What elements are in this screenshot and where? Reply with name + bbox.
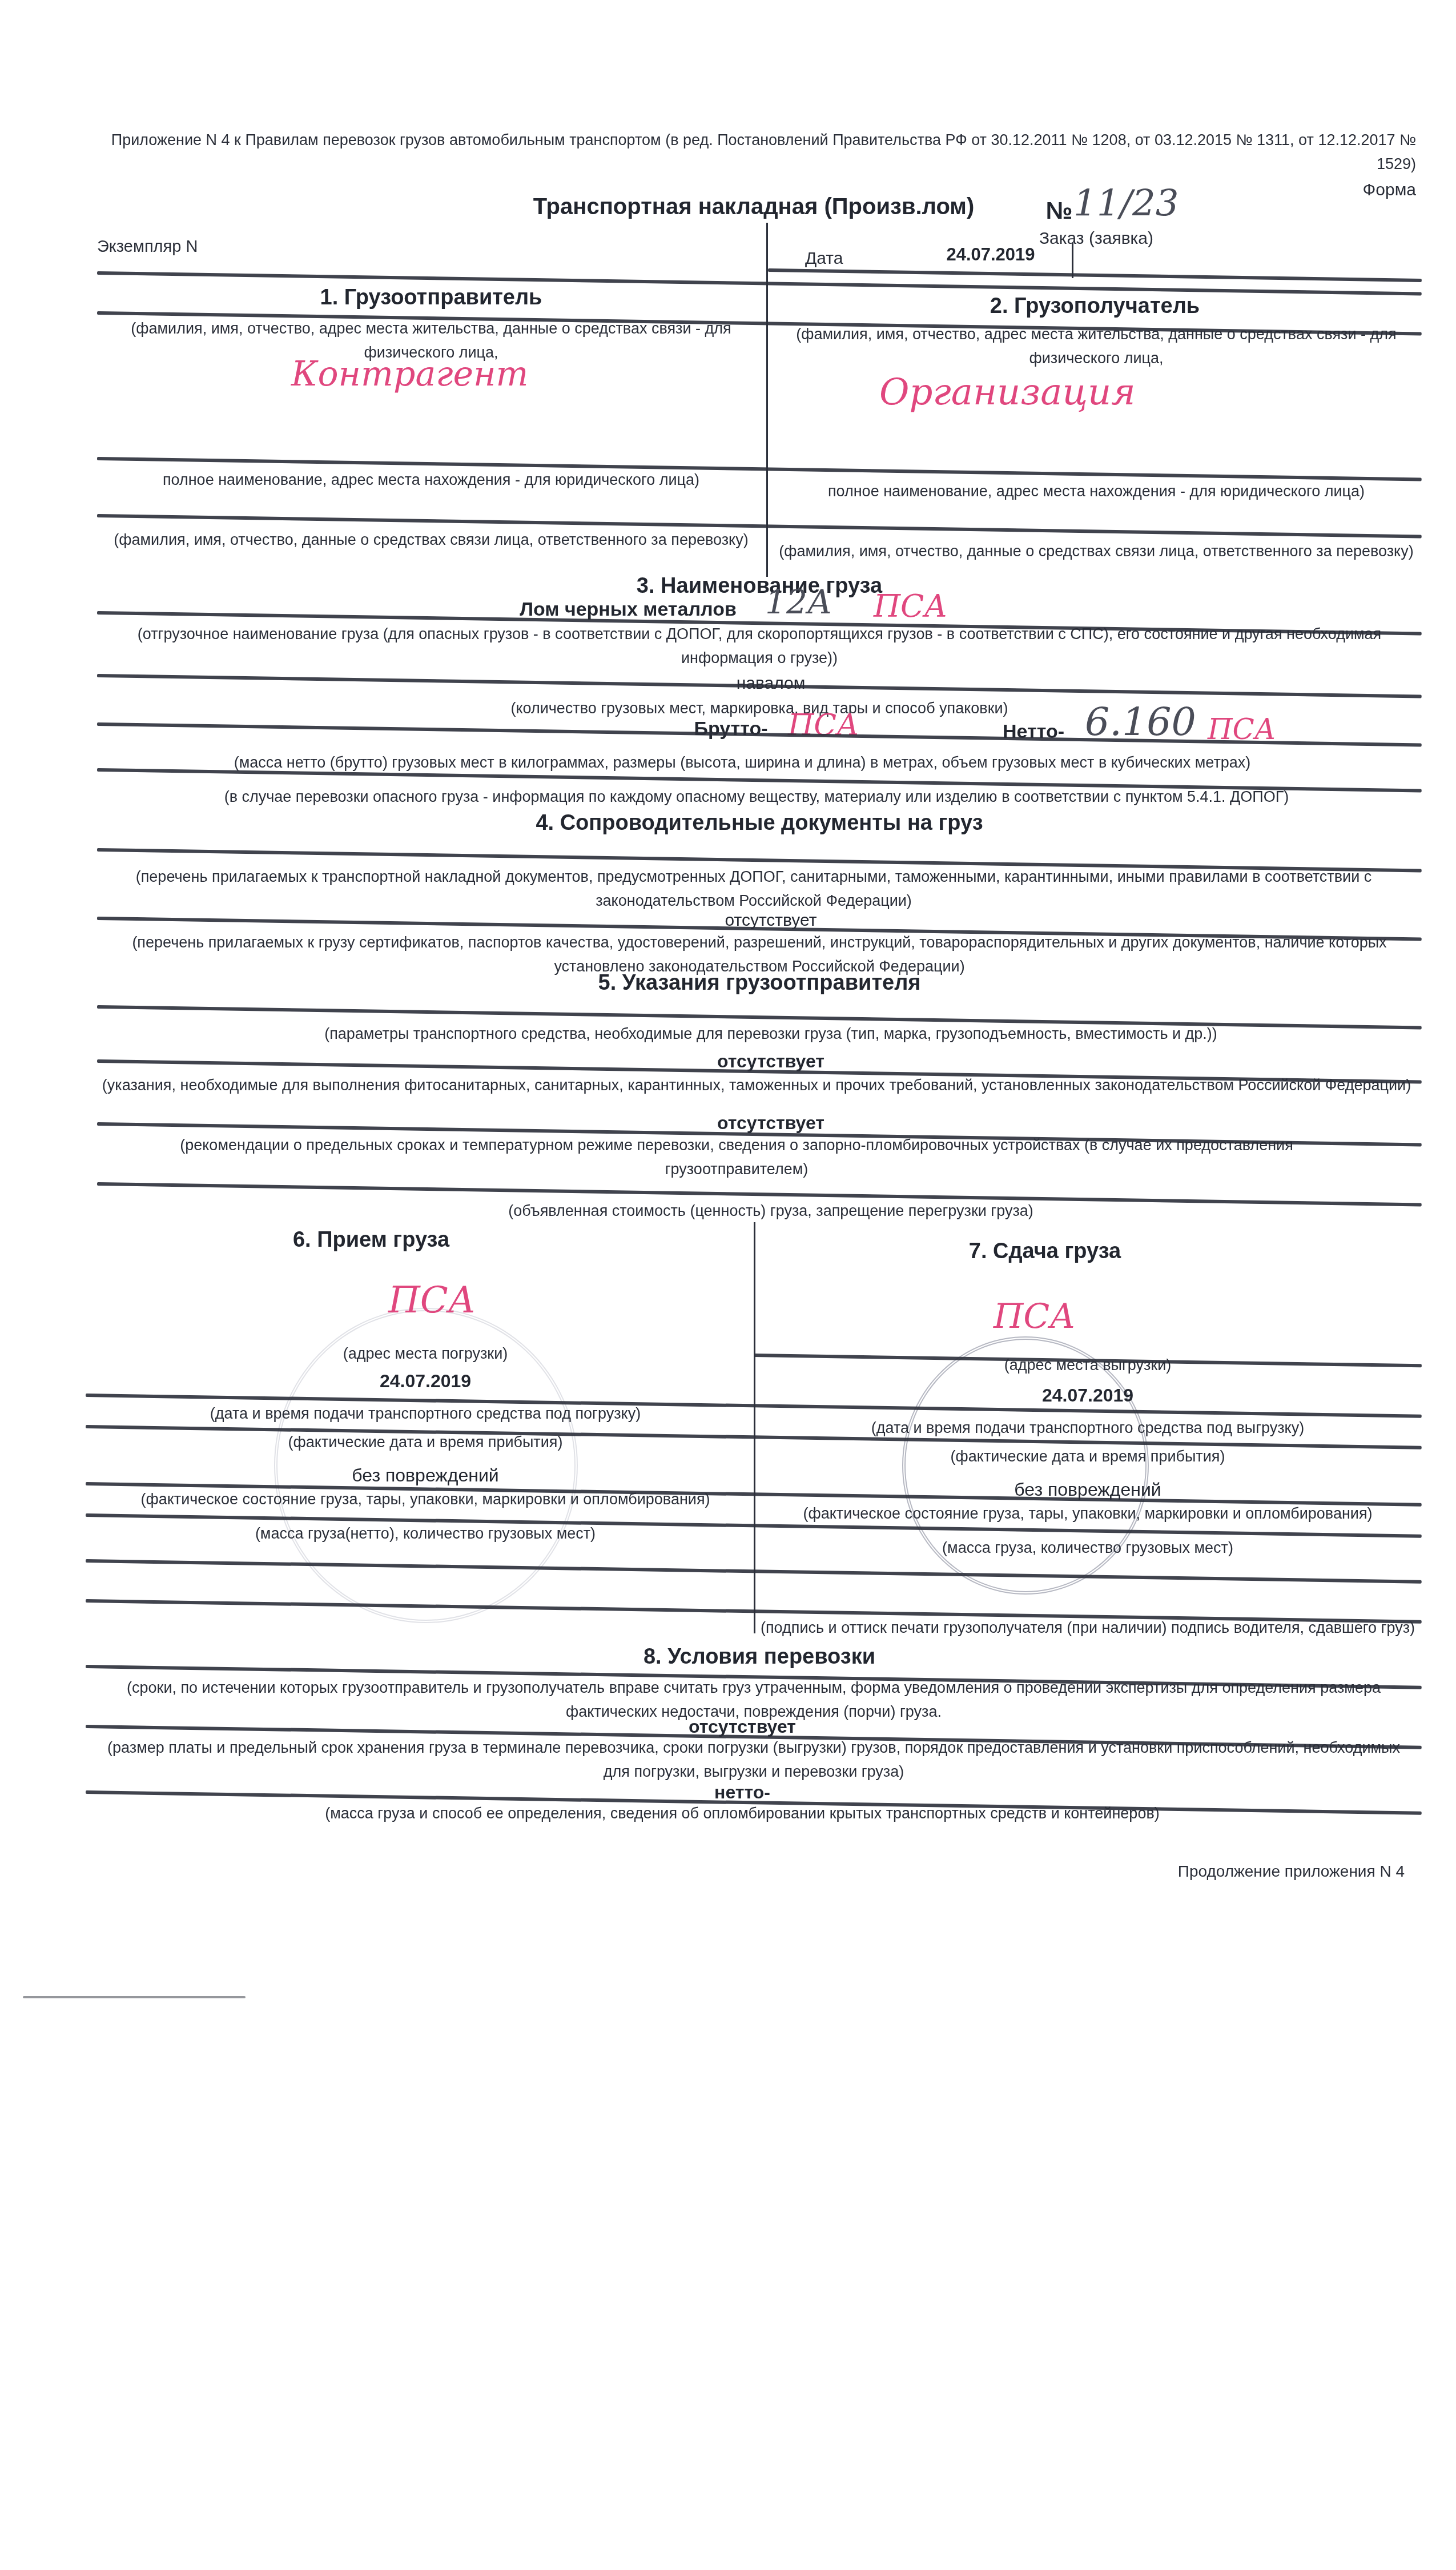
section6-heading: 6. Прием груза xyxy=(228,1228,514,1252)
sanitary-hint: (указания, необходимые для выполнения фи… xyxy=(91,1074,1422,1098)
loading-condition-hint: (фактическое состояние груза, тары, упак… xyxy=(97,1488,754,1512)
loading-address-hint: (адрес места погрузки) xyxy=(97,1342,754,1366)
section2-hint-individual: (фамилия, имя, отчество, адрес места жит… xyxy=(777,323,1416,371)
appendix-note: Приложение N 4 к Правилам перевозок груз… xyxy=(108,128,1416,176)
unloading-address-hint: (адрес места выгрузки) xyxy=(759,1354,1416,1378)
rule xyxy=(768,268,1422,282)
column-divider xyxy=(766,297,768,577)
waybill-page: Приложение N 4 к Правилам перевозок груз… xyxy=(0,0,1456,2570)
cargo-mark-handwritten: ПСА xyxy=(874,588,947,624)
unloading-mass-hint: (масса груза, количество грузовых мест) xyxy=(759,1536,1416,1560)
loading-condition: без повреждений xyxy=(97,1465,754,1486)
date-value: 24.07.2019 xyxy=(925,244,1056,265)
section2-hint-legal: полное наименование, адрес места нахожде… xyxy=(777,480,1416,504)
consignee-handwritten: Организация xyxy=(879,371,1136,413)
section7-heading: 7. Сдача груза xyxy=(902,1239,1188,1264)
section1-heading: 1. Грузоотправитель xyxy=(97,286,765,310)
unloading-address-handwritten: ПСА xyxy=(994,1296,1076,1336)
copy-label: Экземпляр N xyxy=(97,234,268,260)
continuation-note: Продолжение приложения N 4 xyxy=(1085,1859,1405,1884)
cargo-name: Лом черных металлов xyxy=(514,599,742,621)
declared-value-hint: (объявленная стоимость (ценность) груза,… xyxy=(457,1199,1085,1223)
recommendations-value: отсутствует xyxy=(657,1113,885,1134)
cargo-name-hint: (отгрузочное наименование груза (для опа… xyxy=(131,623,1387,670)
loading-address-handwritten: ПСА xyxy=(388,1279,476,1322)
form-label: Форма xyxy=(1313,177,1416,204)
section4-heading: 4. Сопроводительные документы на груз xyxy=(97,811,1422,836)
unloading-date: 24.07.2019 xyxy=(759,1385,1416,1406)
scan-artifact-line xyxy=(23,1996,246,1998)
consignor-handwritten: Контрагент xyxy=(291,354,528,394)
section5-heading: 5. Указания грузоотправителя xyxy=(97,971,1422,995)
fee-hint: (размер платы и предельный срок хранения… xyxy=(97,1736,1410,1784)
section8-heading: 8. Условия перевозки xyxy=(97,1645,1422,1669)
signature-hint: (подпись и оттиск печати грузополучателя… xyxy=(759,1616,1416,1640)
documents-hint: (перечень прилагаемых к транспортной нак… xyxy=(126,865,1382,913)
unloading-arrival-hint: (фактические дата и время прибытия) xyxy=(759,1445,1416,1469)
date-label: Дата xyxy=(805,246,862,272)
loading-mass-hint: (масса груза(нетто), количество грузовых… xyxy=(97,1522,754,1546)
vehicle-hint: (параметры транспортного средства, необх… xyxy=(228,1022,1313,1046)
section1-hint-responsible: (фамилия, имя, отчество, данные о средст… xyxy=(103,528,759,552)
dangerous-hint: (в случае перевозки опасного груза - инф… xyxy=(171,785,1342,809)
section1-hint-legal: полное наименование, адрес места нахожде… xyxy=(103,468,759,492)
gross-label: Брутто- xyxy=(685,718,777,740)
loading-date-hint: (дата и время подачи транспортного средс… xyxy=(97,1402,754,1426)
mass-method-hint: (масса груза и способ ее определения, св… xyxy=(257,1802,1228,1826)
unloading-condition-hint: (фактическое состояние груза, тары, упак… xyxy=(759,1502,1416,1526)
loading-date: 24.07.2019 xyxy=(97,1371,754,1392)
waybill-number-handwritten: 11/23 xyxy=(1073,183,1179,225)
recommendations-hint: (рекомендации о предельных сроках и темп… xyxy=(143,1134,1330,1182)
section3-heading: 3. Наименование груза xyxy=(97,574,1422,599)
packaging-hint: (количество грузовых мест, маркировка, в… xyxy=(474,697,1045,721)
cargo-code-handwritten: 12А xyxy=(765,583,832,621)
mass-hint: (масса нетто (брутто) грузовых мест в ки… xyxy=(171,751,1313,775)
section2-hint-responsible: (фамилия, имя, отчество, данные о средст… xyxy=(777,540,1416,564)
section2-heading: 2. Грузополучатель xyxy=(768,294,1422,319)
document-title: Транспортная накладная (Произв.лом) xyxy=(502,194,1005,220)
loading-arrival-hint: (фактические дата и время прибытия) xyxy=(97,1431,754,1455)
